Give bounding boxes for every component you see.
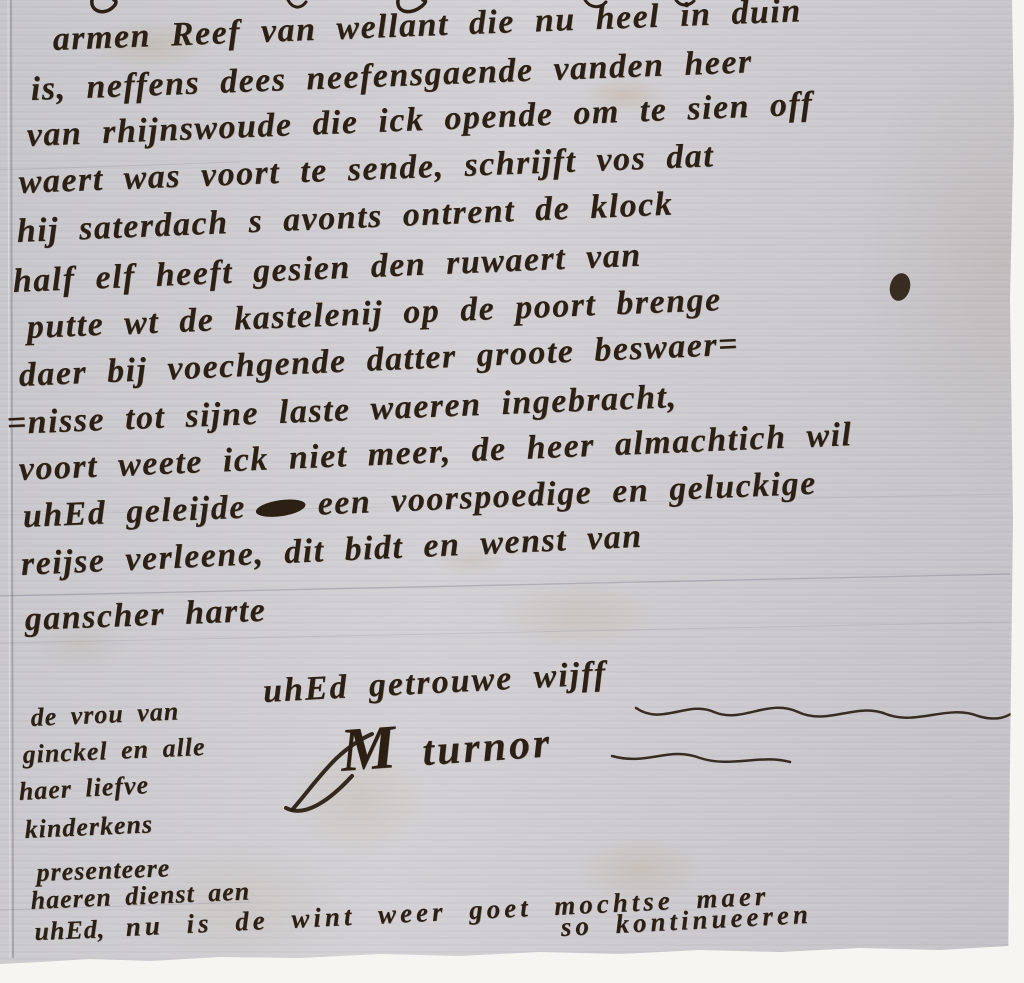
signature: M turnor xyxy=(338,701,554,787)
postscript-line: haer liefve xyxy=(18,770,150,807)
letter-line-text: uhEd geleijde xyxy=(22,489,246,535)
letter-line: ganscher harte xyxy=(24,591,267,639)
ink-blot xyxy=(255,497,307,520)
letter-page: armen Reef van wellant die nu heel in du… xyxy=(0,0,1024,983)
postscript-line: kinderkens xyxy=(24,809,154,844)
klock-ink-blot xyxy=(887,271,913,303)
postscript-line: ginckel en alle xyxy=(22,732,206,770)
postscript-line: de vrou van xyxy=(30,697,180,733)
valediction-flourish xyxy=(636,708,1014,719)
postscript-line: uhEd, xyxy=(34,915,106,947)
signature-tail-flourish xyxy=(612,754,790,762)
valediction: uhEd getrouwe wijff xyxy=(262,654,608,711)
